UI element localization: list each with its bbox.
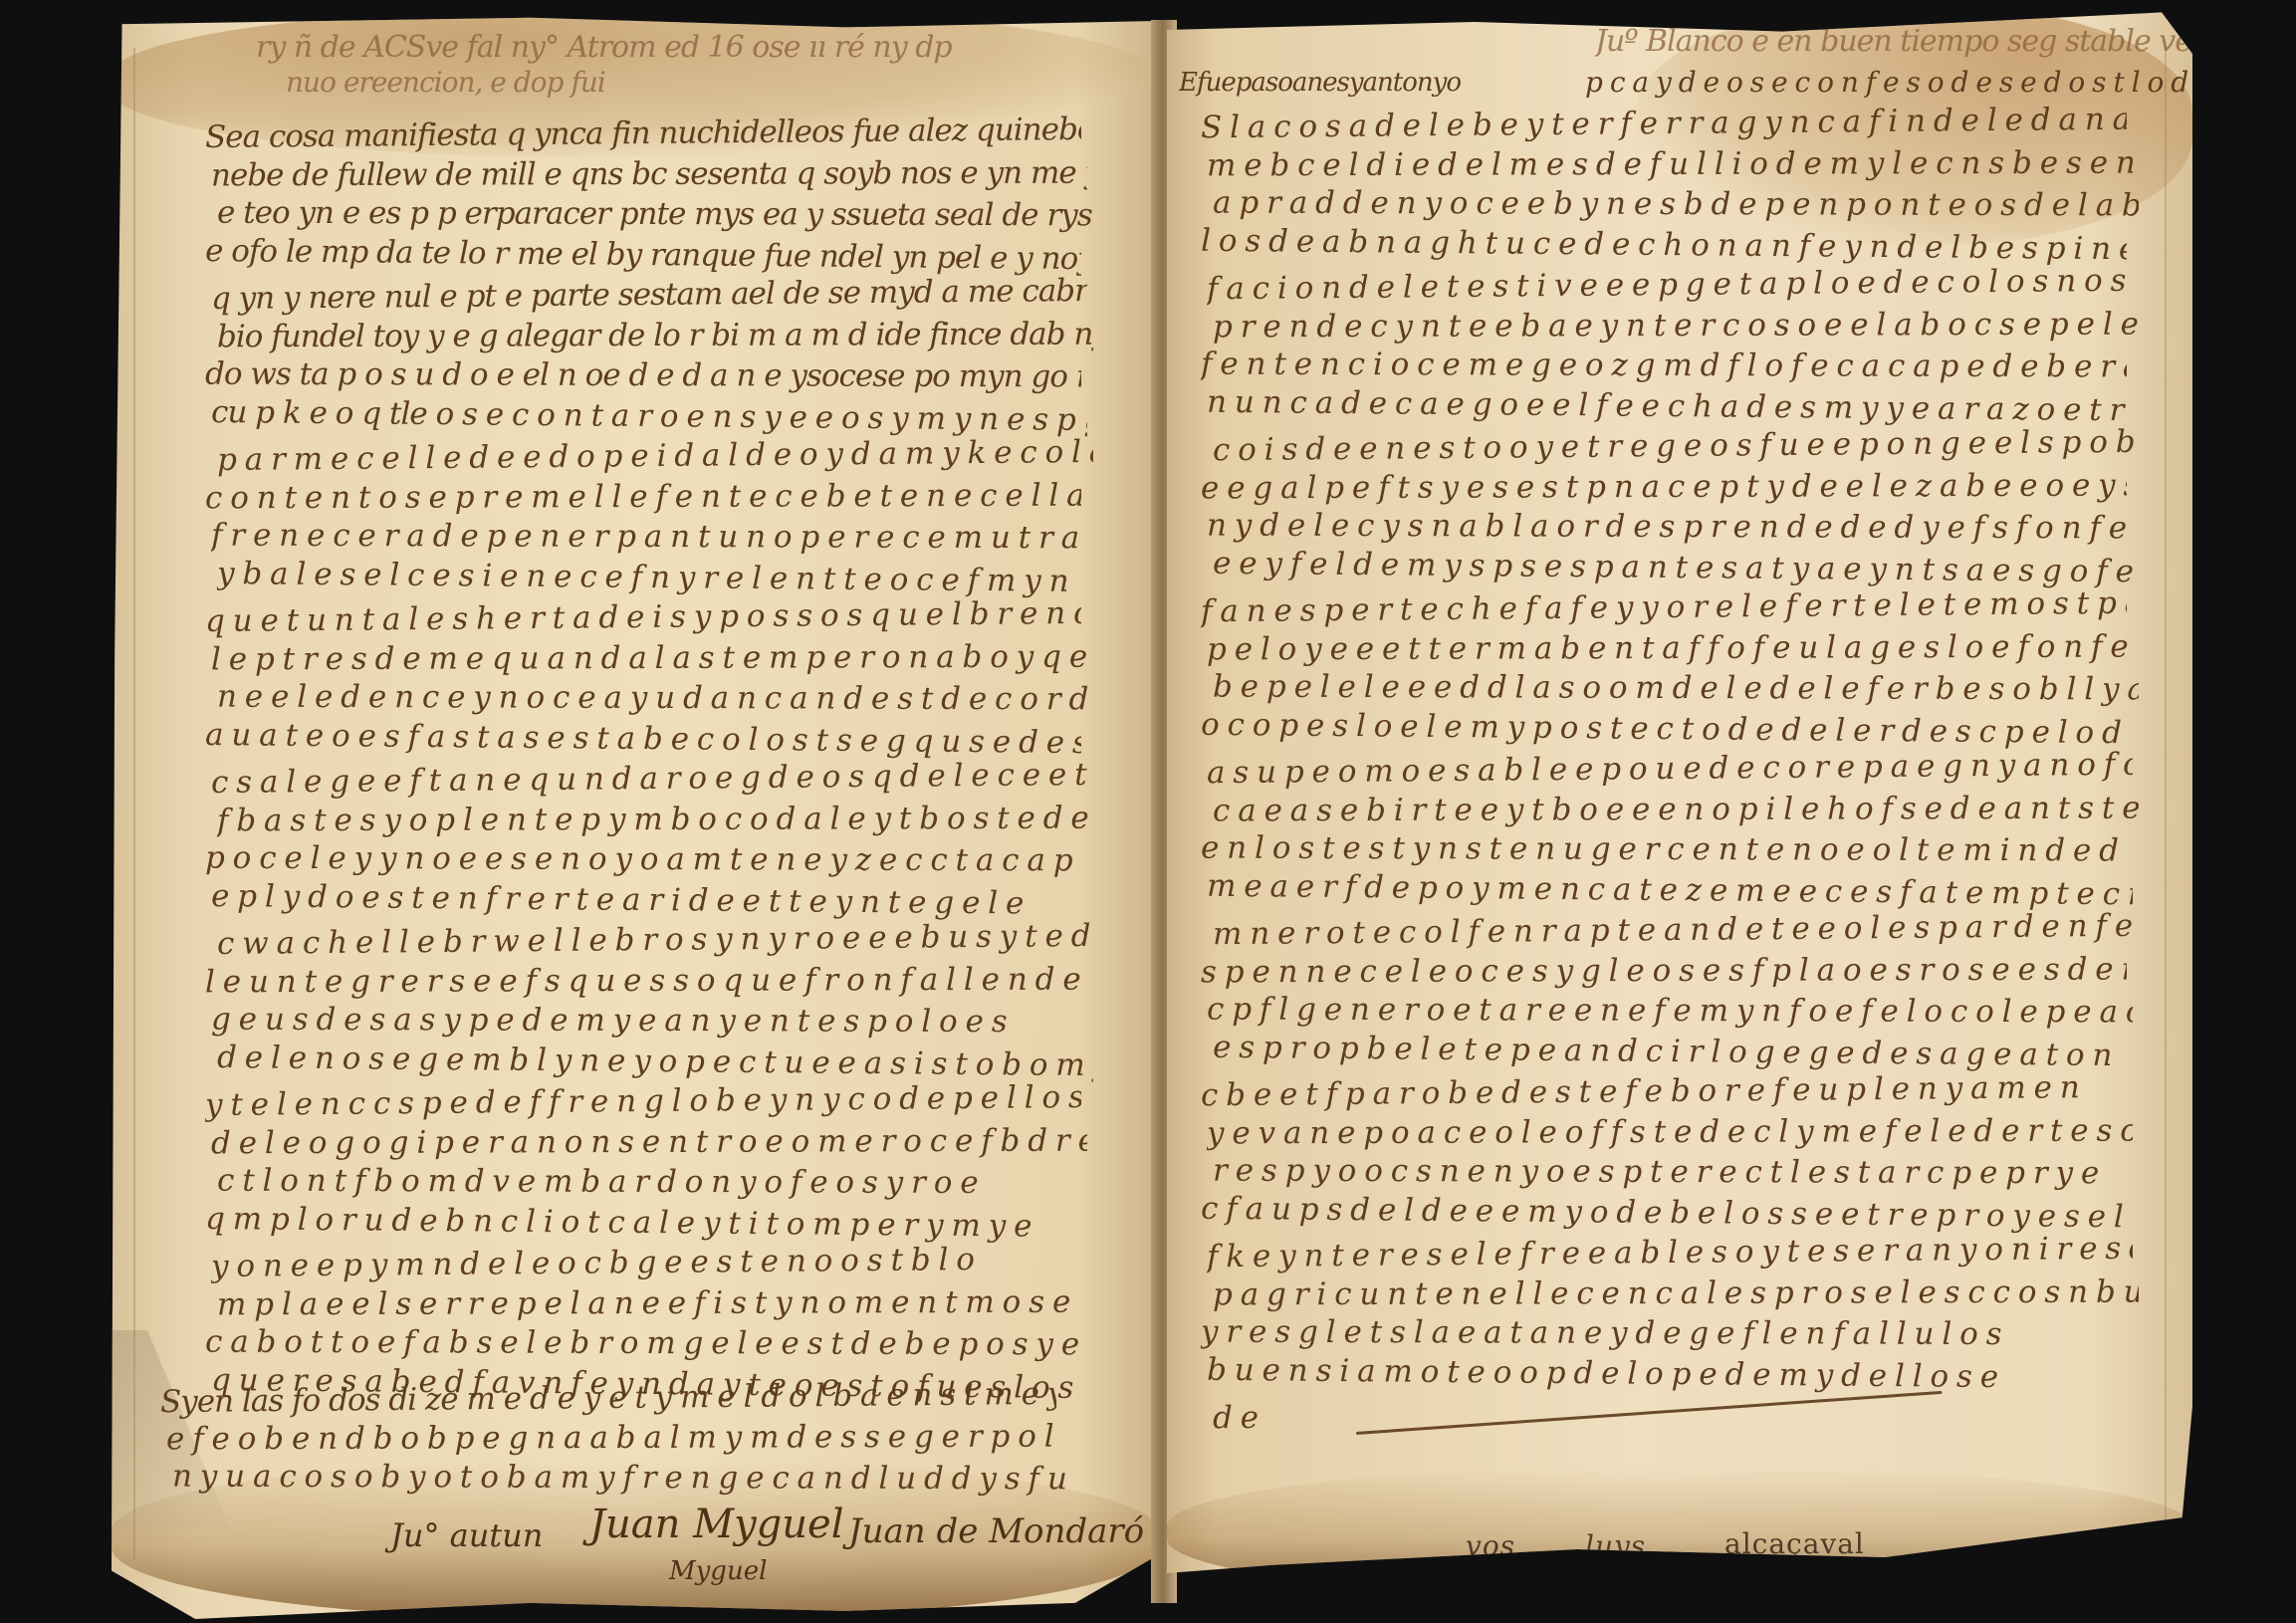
manuscript-line: l e u n t e g r e r s e e f s q u e s s … — [205, 961, 1081, 1008]
manuscript-line: c o n t e n t o s e p r e m e l l e f e … — [205, 477, 1081, 524]
manuscript-spread: ry ñ de ACSve fal ny° Atrom ed 16 ose ıı… — [0, 0, 2296, 1623]
signature-4: Juan de Mondaró — [848, 1511, 1144, 1551]
manuscript-line: s p e n n e c e l e o c e s y g l e o s … — [1201, 951, 2127, 998]
manuscript-line: d e l e o g o g i p e r a n o n s e n t … — [211, 1122, 1087, 1169]
footer-note-3: alcaçaval — [1724, 1527, 1865, 1560]
manuscript-line: nebe de fullew de mill e qns bc sesenta … — [211, 154, 1087, 201]
margin-crease — [2165, 46, 2167, 1537]
manuscript-line: y e v a n e p o a c e o l e o f f s t e … — [1207, 1112, 2133, 1159]
right-page: Juº Blanco e en buen tiempo seg stable v… — [1167, 6, 2192, 1597]
manuscript-line: p e l o y e e e t t e r m a b e n t a f … — [1207, 628, 2133, 675]
manuscript-line: p r e n d e c y n t e e b a e y n t e r … — [1213, 306, 2139, 352]
manuscript-line: bio fundel toy y e g alegar de lo r bi m… — [217, 316, 1093, 362]
water-stain-bottom — [1167, 1468, 2192, 1597]
signature-2: Juan Myguel — [589, 1502, 844, 1547]
signature-1: Ju° autun — [390, 1516, 543, 1554]
manuscript-line: n y u a c o s o b y o t o b a m y f r e … — [172, 1459, 1068, 1506]
manuscript-line: m p l a e e l s e r r e p e l a n e e f … — [217, 1283, 1093, 1330]
manuscript-line: c a e a s e b i r t e e y t b o e e e n … — [1213, 790, 2139, 836]
footer-note-1: vos — [1466, 1529, 1515, 1562]
manuscript-line: f b a s t e s y o p l e n t e p y m b o … — [217, 800, 1093, 846]
footer-note-2: luys — [1585, 1529, 1646, 1562]
page-header-line-1: Juº Blanco e en buen tiempo seg stable v… — [1595, 24, 2192, 68]
manuscript-line: m e b c e l d i e d e l m e s d e f u l … — [1207, 144, 2133, 191]
page-header-line-2: Efuepasoanesyantonyo — [1179, 68, 1461, 112]
page-header-line-2: nuo ereencion, e dop fui — [286, 66, 605, 110]
margin-crease — [133, 48, 135, 1559]
manuscript-line: e e g a l p e f t s y e s e s t p n a c … — [1201, 467, 2127, 514]
manuscript-line: d e — [1213, 1392, 2139, 1445]
manuscript-line: l e p t r e s d e m e q u a n d a l a s … — [211, 638, 1087, 685]
manuscript-line: p a g r i c u n t e n e l l e c e n c a … — [1213, 1274, 2139, 1320]
left-page: ry ñ de ACSve fal ny° Atrom ed 16 ose ıı… — [112, 8, 1159, 1619]
signature-3: Myguel — [669, 1556, 767, 1586]
